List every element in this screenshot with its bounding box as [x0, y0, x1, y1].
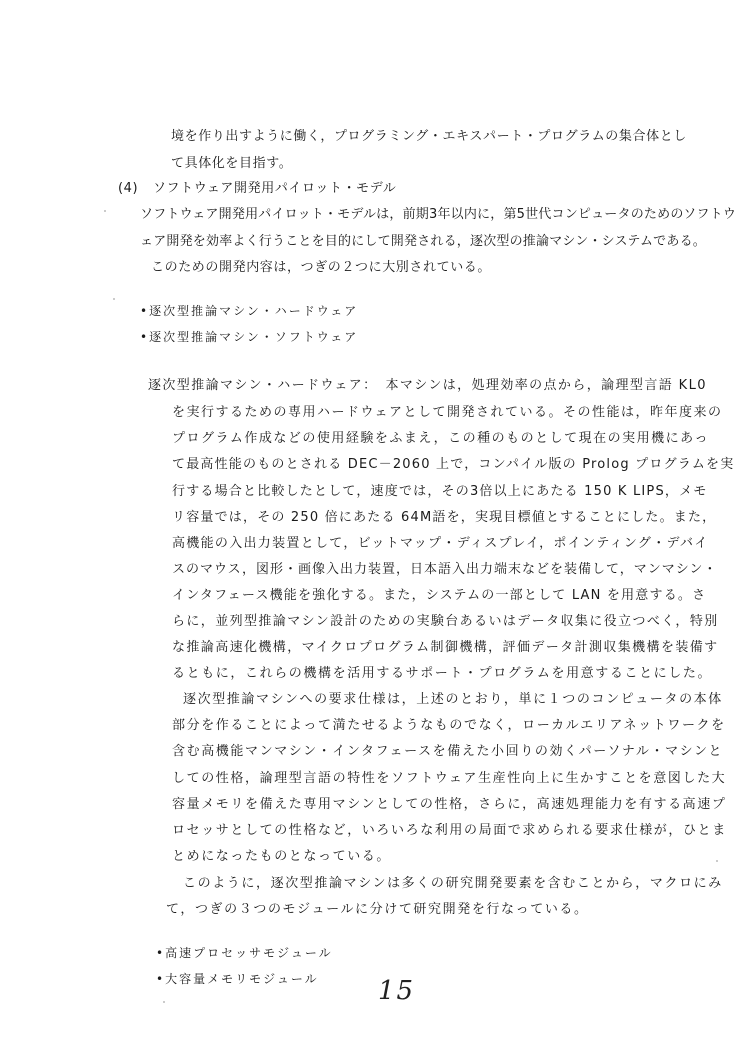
- requirements-line: しての性格，論理型言語の特性をソフトウェア生産性向上に生かすことを意図した大: [172, 771, 726, 787]
- scan-speck: [699, 212, 701, 214]
- hardware-line: プログラム作成などの使用経験をふまえ，この種のものとして現在の実用機にあっ: [172, 431, 709, 447]
- hardware-line: らに，並列型推論マシン設計のための実験台あるいはデータ収集に役立つべく，特別: [172, 614, 719, 630]
- modules-intro-line: このように，逐次型推論マシンは多くの研究開発要素を含むことから，マクロにみ: [183, 876, 723, 892]
- modules-intro-line: て，つぎの３つのモジュールに分けて研究開発を行なっている。: [166, 902, 589, 918]
- hardware-line: 逐次型推論マシン・ハードウェア： 本マシンは，処理効率の点から，論理型言語 KL…: [148, 378, 707, 394]
- hardware-line: を実行するための専用ハードウェアとして開発されている。その性能は，昨年度来の: [172, 405, 722, 421]
- hardware-line: るともに，これらの機構を活用するサポート・プログラムを用意することにした。: [172, 666, 712, 682]
- component-list-item: •逐次型推論マシン・ソフトウェア: [140, 329, 358, 345]
- hardware-line: な推論高速化機構，マイクロプログラム制御機構，評価データ計測収集機構を装備す: [172, 640, 719, 656]
- section-number: (4): [118, 181, 138, 196]
- section-title: ソフトウェア開発用パイロット・モデル: [153, 181, 396, 196]
- requirements-line: ロセッサとしての性格など，いろいろな利用の局面で求められる要求仕様が，ひとま: [172, 823, 727, 839]
- scan-speck: [716, 860, 718, 862]
- requirements-line: 部分を作ることによって満たせるようなものでなく，ローカルエリアネットワークを: [172, 718, 726, 734]
- scan-speck: [113, 298, 115, 300]
- hardware-line: て最高性能のものとされる DEC－2060 上で，コンパイル版の Prolog …: [172, 457, 734, 473]
- requirements-line: とめになったものとなっている。: [172, 849, 391, 865]
- scan-speck: [104, 210, 106, 212]
- intro-line: ソフトウェア開発用パイロット・モデルは，前期3年以内に，第5世代コンピュータのた…: [140, 207, 736, 223]
- section-heading: (4) ソフトウェア開発用パイロット・モデル: [118, 181, 396, 197]
- requirements-line: 逐次型推論マシンへの要求仕様は，上述のとおり，単に１つのコンピュータの本体: [183, 692, 723, 708]
- hardware-line: 行する場合と比較したとして，速度では，その3倍以上にあたる 150 K LIPS…: [172, 484, 708, 500]
- component-list-item: •逐次型推論マシン・ハードウェア: [140, 303, 358, 319]
- scanned-document-page: 境を作り出すように働く，プログラミング・エキスパート・プログラムの集合体とし て…: [0, 0, 750, 1054]
- hardware-line: インタフェース機能を強化する。また，システムの一部として LAN を用意する。さ: [172, 588, 706, 604]
- continuation-line: 境を作り出すように働く，プログラミング・エキスパート・プログラムの集合体とし: [171, 129, 687, 145]
- hardware-line: スのマウス，図形・画像入出力装置，日本語入出力端末などを装備して，マンマシン・: [172, 562, 717, 578]
- intro-line: ェア開発を効率よく行うことを目的にして開発される，逐次型の推論マシン・システムで…: [140, 234, 706, 250]
- hardware-line: リ容量では，その 250 倍にあたる 64M語を，実現目標値とすることにした。ま…: [172, 510, 716, 526]
- continuation-line: て具体化を目指す。: [171, 156, 292, 172]
- page-number: 15: [378, 976, 415, 1006]
- module-list-item: •高速プロセッサモジュール: [156, 945, 333, 961]
- intro-line: このための開発内容は，つぎの２つに大別されている。: [151, 260, 491, 276]
- scan-speck: [163, 1001, 165, 1003]
- requirements-line: 容量メモリを備えた専用マシンとしての性格，さらに，高速処理能力を有する高速プ: [172, 797, 726, 813]
- requirements-line: 含む高機能マンマシン・インタフェースを備えた小回りの効くパーソナル・マシンと: [172, 744, 723, 760]
- hardware-line: 高機能の入出力装置として，ビットマップ・ディスプレイ，ポインティング・デバイ: [172, 536, 709, 552]
- module-list-item: •大容量メモリモジュール: [156, 971, 319, 987]
